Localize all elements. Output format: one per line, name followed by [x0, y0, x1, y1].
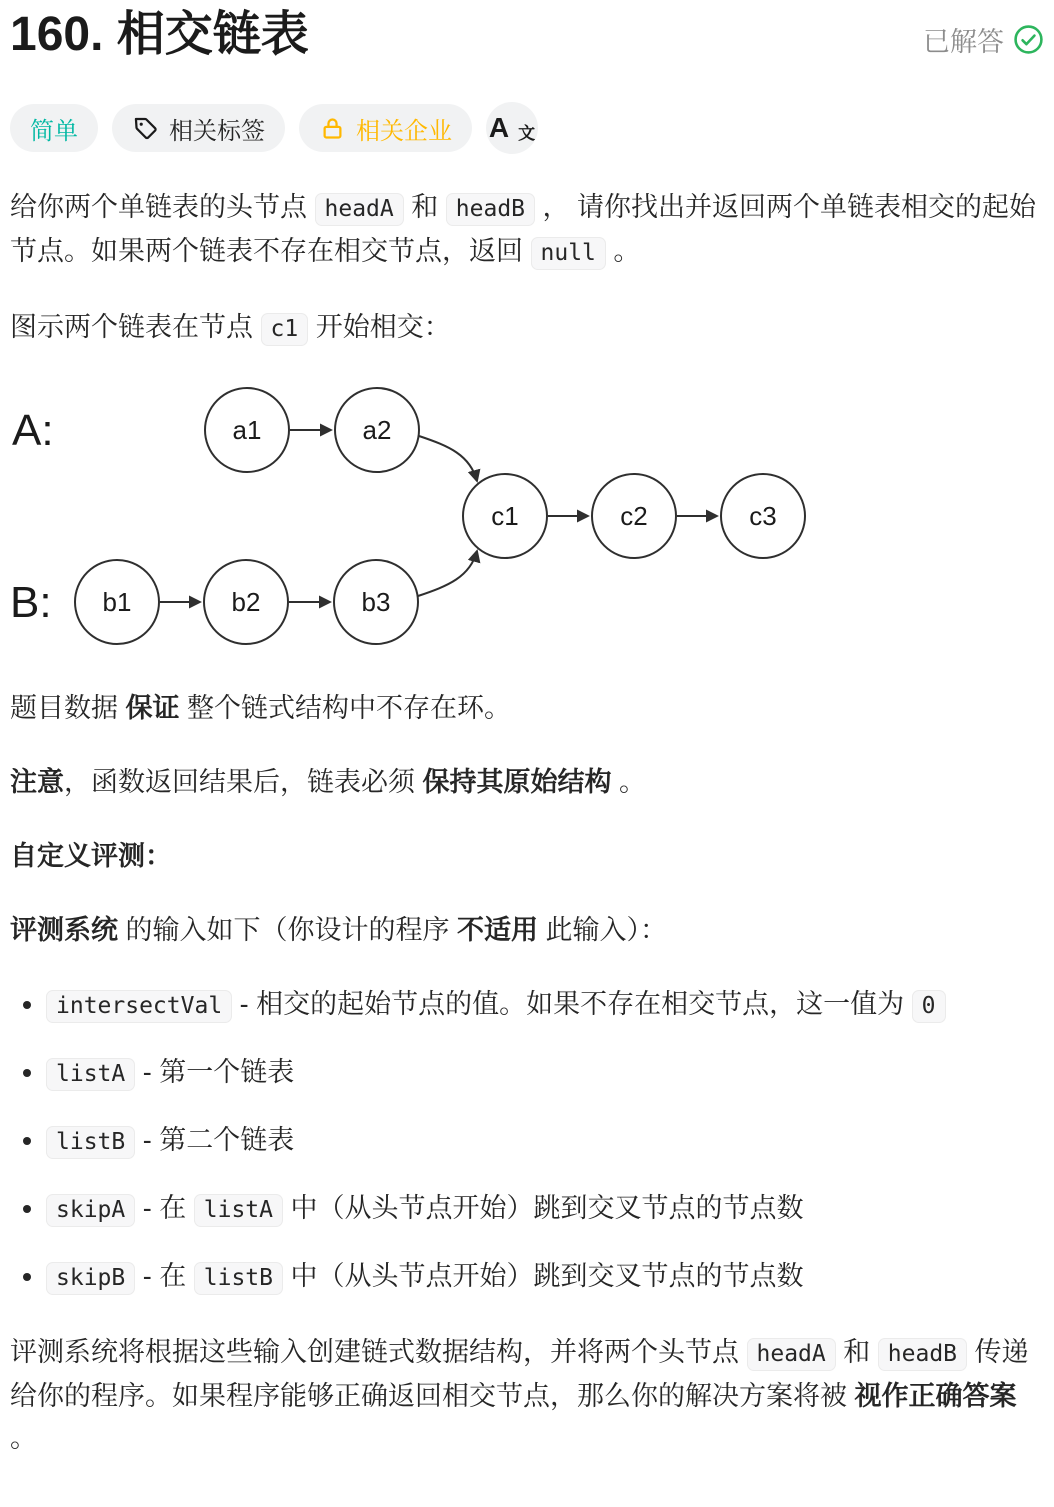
edge-a2-c1 [419, 436, 477, 481]
check-circle-icon [1013, 24, 1044, 55]
related-companies-button[interactable]: 相关企业 [299, 104, 472, 152]
problem-title: 160. 相交链表 [10, 8, 309, 62]
code-null: null [531, 237, 606, 270]
linked-list-diagram: a1a2c1c2c3b1b2b3A:B: [10, 382, 1044, 655]
code-headA: headA [315, 193, 404, 226]
paragraph-guarantee: 题目数据 保证 整个链式结构中不存在环。 [10, 687, 1044, 729]
code-listB-2: listB [194, 1262, 283, 1295]
edge-b3-c1 [418, 551, 477, 596]
node-label-c1: c1 [491, 501, 518, 531]
node-label-c3: c3 [749, 501, 776, 531]
node-label-b1: b1 [103, 587, 132, 617]
heading-custom-judge: 自定义评测： [10, 835, 1044, 877]
paragraph-judge-input: 评测系统 的输入如下（你设计的程序 不适用 此输入）： [10, 909, 1044, 951]
linked-list-svg: a1a2c1c2c3b1b2b3A:B: [10, 382, 870, 650]
code-listB: listB [46, 1126, 135, 1159]
related-tags-button[interactable]: 相关标签 [112, 104, 285, 152]
code-c1: c1 [261, 313, 309, 346]
translate-icon: A [489, 112, 509, 144]
code-listA: listA [46, 1058, 135, 1091]
translate-toggle-button[interactable]: A文 [486, 102, 538, 154]
list-item-listB: listB - 第二个链表 [46, 1119, 1044, 1163]
code-intersectVal: intersectVal [46, 990, 232, 1023]
code-headB: headB [446, 193, 535, 226]
list-item-skipA: skipA - 在 listA 中（从头节点开始）跳到交叉节点的节点数 [46, 1187, 1044, 1231]
node-label-c2: c2 [620, 501, 647, 531]
list-item-intersectVal: intersectVal - 相交的起始节点的值。如果不存在相交节点，这一值为 … [46, 983, 1044, 1027]
paragraph-note: 注意，函数返回结果后，链表必须 保持其原始结构 。 [10, 761, 1044, 803]
list-label-b: B: [10, 578, 52, 627]
code-listA-2: listA [194, 1194, 283, 1227]
list-item-listA: listA - 第一个链表 [46, 1051, 1044, 1095]
node-label-a1: a1 [233, 415, 262, 445]
code-zero: 0 [912, 990, 946, 1023]
node-label-b3: b3 [362, 587, 391, 617]
problem-description-page: 160. 相交链表 已解答 简单 相关标签 相关企业 A文 [0, 0, 1054, 1507]
lock-icon [319, 115, 346, 142]
solved-status[interactable]: 已解答 [923, 20, 1044, 59]
node-label-b2: b2 [232, 587, 261, 617]
paragraph-figure-caption: 图示两个链表在节点 c1 开始相交： [10, 306, 1044, 350]
list-label-a: A: [12, 406, 54, 455]
list-item-skipB: skipB - 在 listB 中（从头节点开始）跳到交叉节点的节点数 [46, 1255, 1044, 1299]
code-skipB: skipB [46, 1262, 135, 1295]
paragraph-final: 评测系统将根据这些输入创建链式数据结构，并将两个头节点 headA 和 head… [10, 1331, 1044, 1459]
toolbar: 简单 相关标签 相关企业 A文 [10, 102, 1044, 154]
problem-header: 160. 相交链表 已解答 [10, 8, 1044, 62]
code-skipA: skipA [46, 1194, 135, 1227]
paragraph-intro: 给你两个单链表的头节点 headA 和 headB ， 请你找出并返回两个单链表… [10, 186, 1044, 274]
related-tags-label: 相关标签 [169, 111, 265, 146]
code-headB-2: headB [878, 1338, 967, 1371]
node-label-a2: a2 [363, 415, 392, 445]
code-headA-2: headA [747, 1338, 836, 1371]
related-companies-label: 相关企业 [356, 111, 452, 146]
difficulty-badge[interactable]: 简单 [10, 104, 98, 152]
judge-input-list: intersectVal - 相交的起始节点的值。如果不存在相交节点，这一值为 … [10, 983, 1044, 1299]
tag-icon [132, 115, 159, 142]
solved-label: 已解答 [923, 20, 1004, 59]
